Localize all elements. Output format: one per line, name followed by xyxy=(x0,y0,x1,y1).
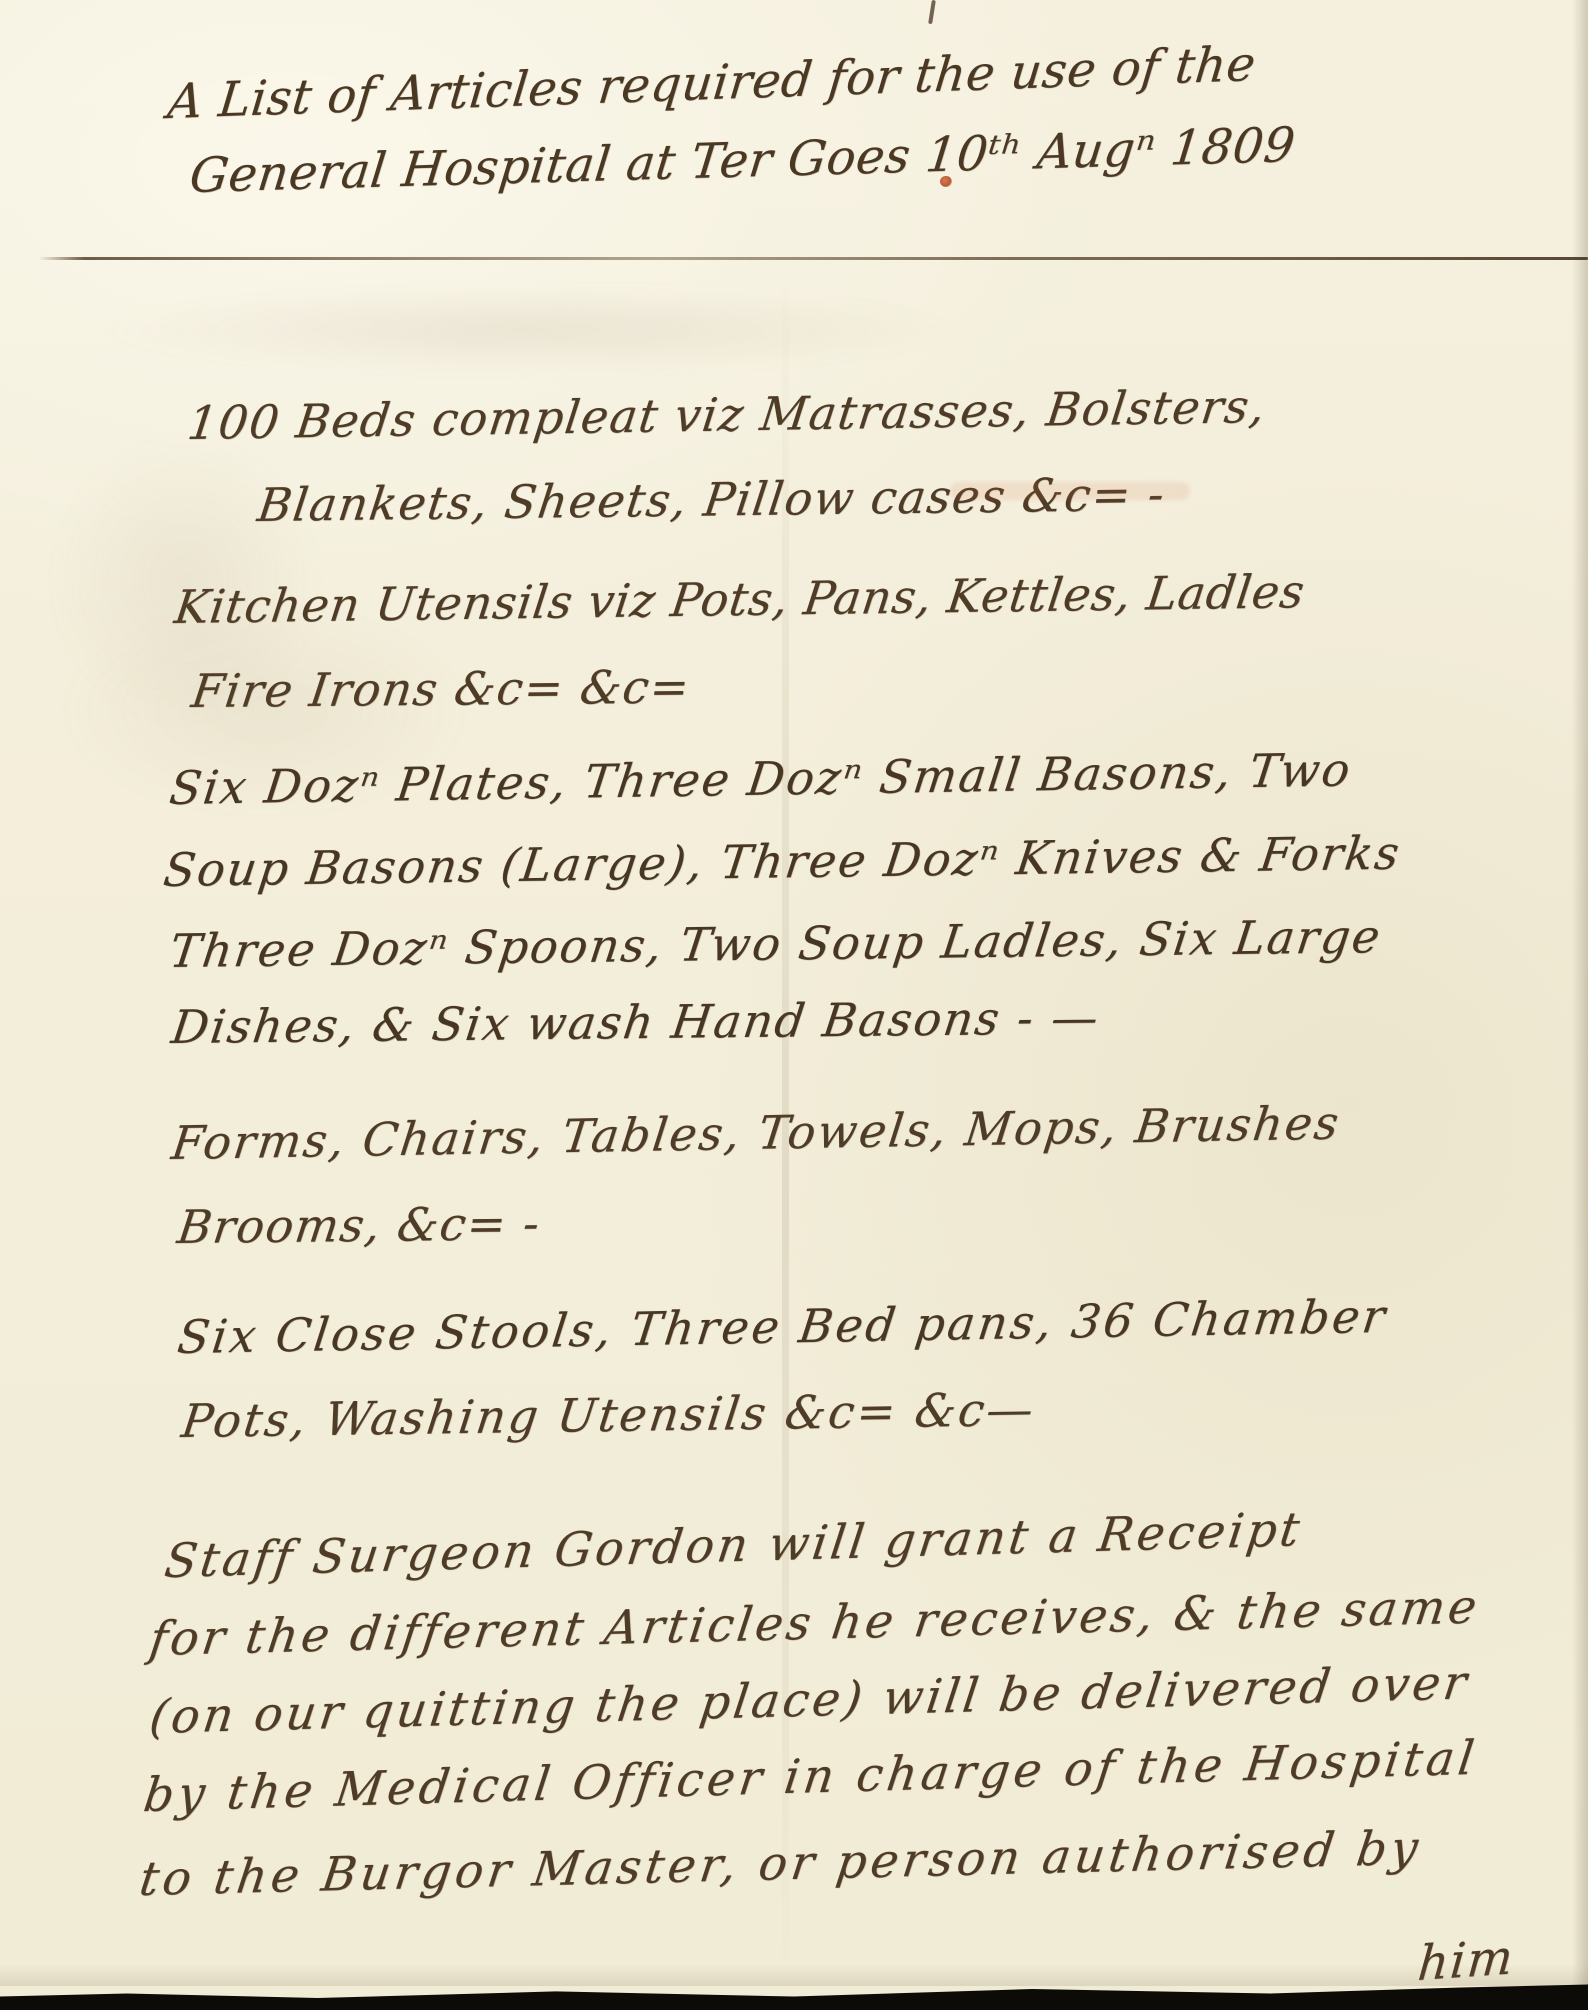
ink-showthrough-smudge xyxy=(90,285,970,375)
receipt-line-1: Staff Surgeon Gordon will grant a Receip… xyxy=(162,1506,1305,1585)
top-edge-pen-mark xyxy=(928,0,936,24)
tableware-line-3: Three Dozⁿ Spoons, Two Soup Ladles, Six … xyxy=(167,913,1384,974)
red-showthrough-mark xyxy=(950,482,1190,500)
tableware-line-1: Six Dozⁿ Plates, Three Dozⁿ Small Basons… xyxy=(167,746,1354,811)
receipt-line-3: (on our quitting the place) will be deli… xyxy=(147,1659,1472,1741)
beds-line-1: 100 Beds compleat viz Matrasses, Bolster… xyxy=(185,383,1269,446)
header-divider-rule xyxy=(38,257,1588,260)
manuscript-page: A List of Articles required for the use … xyxy=(0,0,1588,2010)
receipt-line-5: to the Burgor Master, or person authoris… xyxy=(137,1825,1425,1903)
kitchen-line-2: Fire Irons &c= &c= xyxy=(189,664,693,714)
sanitary-line-2: Pots, Washing Utensils &c= &c— xyxy=(179,1386,1038,1444)
tableware-line-4: Dishes, & Six wash Hand Basons - — xyxy=(169,994,1103,1050)
paper-bottom-shadow xyxy=(0,1964,1588,1986)
paper-fold-crease xyxy=(782,262,789,1992)
title-line-1: A List of Articles required for the use … xyxy=(165,40,1258,126)
title-line-2: General Hospital at Ter Goes 10ᵗʰ Augⁿ 1… xyxy=(187,121,1297,200)
kitchen-line-1: Kitchen Utensils viz Pots, Pans, Kettles… xyxy=(172,568,1307,630)
furniture-line-1: Forms, Chairs, Tables, Towels, Mops, Bru… xyxy=(169,1100,1343,1166)
furniture-line-2: Brooms, &c= - xyxy=(175,1200,544,1250)
red-ink-speck xyxy=(940,176,952,187)
receipt-line-4: by the Medical Officer in charge of the … xyxy=(141,1735,1481,1819)
receipt-line-2: for the different Articles he receives, … xyxy=(147,1583,1483,1663)
scan-right-edge-shadow xyxy=(1572,0,1588,2010)
